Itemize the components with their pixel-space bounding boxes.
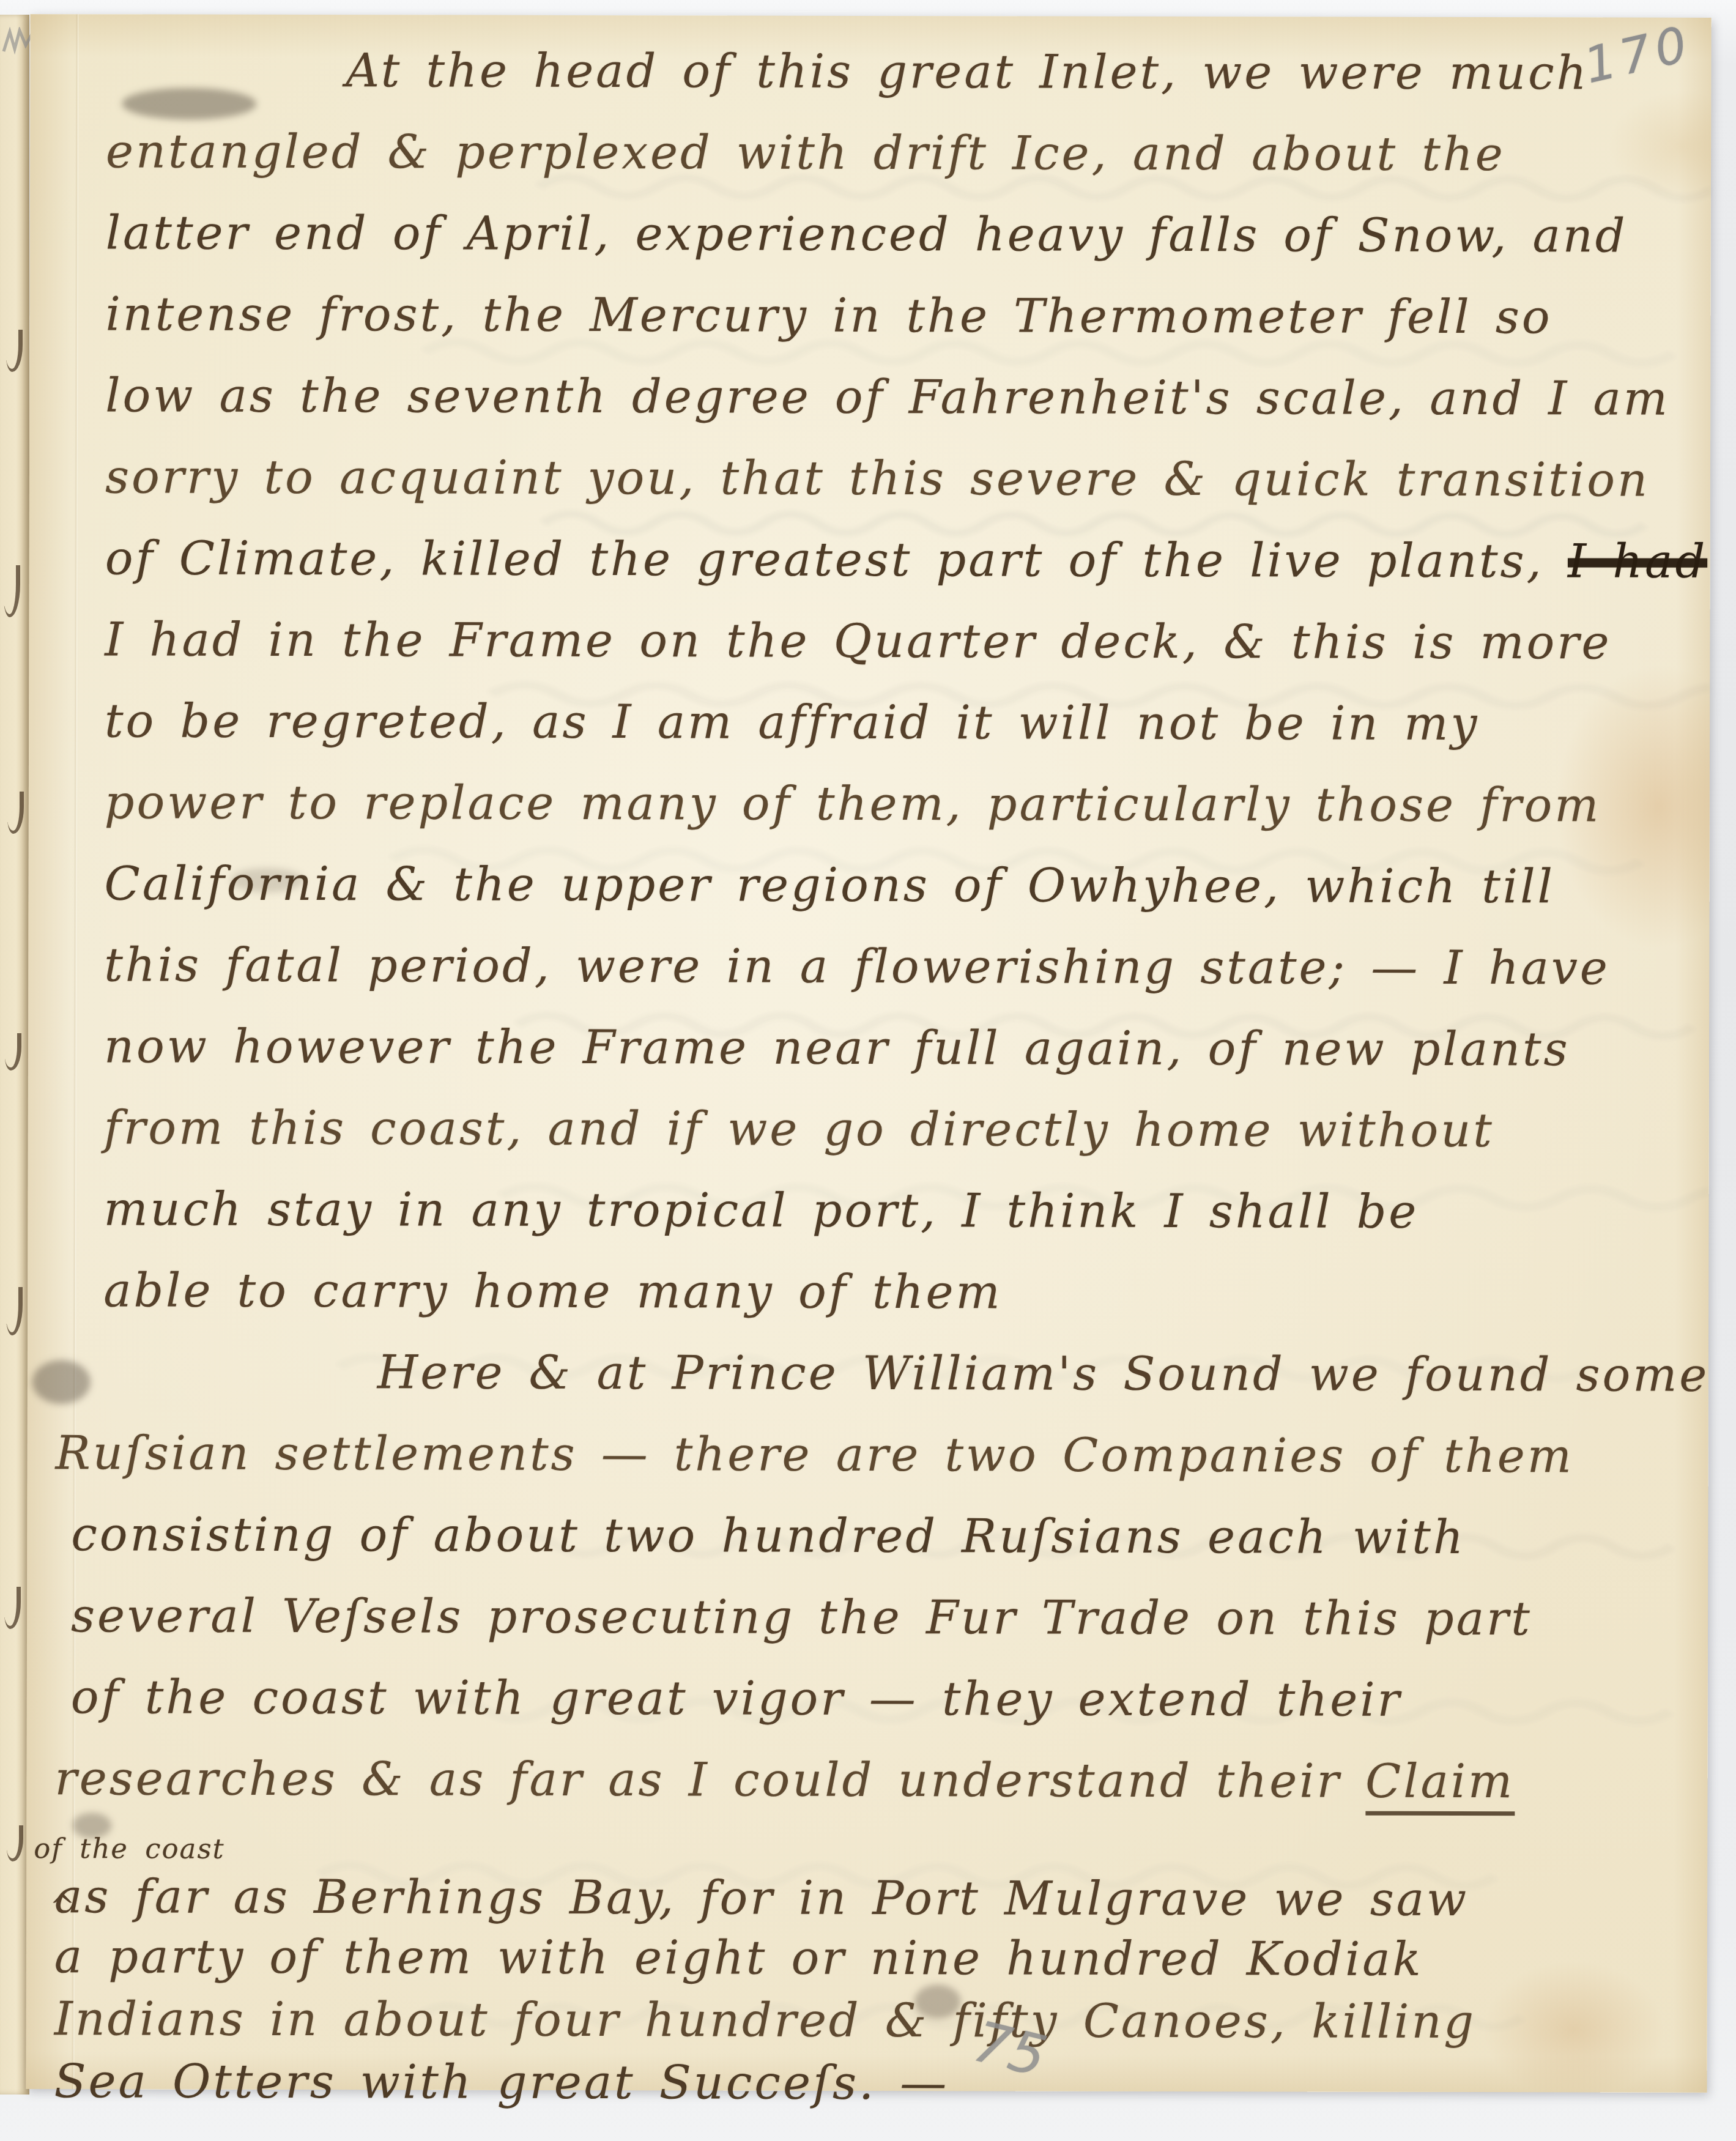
manuscript-line: power to replace many of them, particula… [105,774,1695,859]
manuscript-line: much stay in any tropical port, I think … [103,1181,1694,1266]
ink-smudge [32,1360,91,1404]
adjacent-page-ink-fragment [6,1287,23,1335]
adjacent-page-ink-fragment [7,792,24,834]
insertion-caret: ^ [50,1888,75,1924]
manuscript-line: entangled & perplexed with drift Ice, an… [106,124,1696,208]
manuscript-line: this fatal period, were in a flowerishin… [104,937,1694,1022]
manuscript-text: At the head of this great Inlet, we were… [102,42,1696,2119]
manuscript-line: latter end of April, experienced heavy f… [106,205,1696,289]
manuscript-line: able to carry home many of them [103,1263,1694,1347]
manuscript-line: Indians in about four hundred & fifty Ca… [54,1991,1693,2057]
manuscript-line: sorry to acquaint you, that this severe … [105,449,1696,533]
manuscript-line: of the coast with great vigor — they ext… [71,1669,1693,1754]
manuscript-line: Ruſsian settlements — there are two Comp… [55,1425,1693,1510]
underlined-word: Claim [1365,1754,1515,1816]
manuscript-line: At the head of this great Inlet, we were… [106,42,1696,127]
manuscript-line: consisting of about two hundred Ruſsians… [71,1507,1693,1592]
manuscript-line: intense frost, the Mercury in the Thermo… [105,286,1696,371]
manuscript-line: low as the seventh degree of Fahrenheit'… [105,368,1696,452]
manuscript-line: several Veſsels prosecuting the Fur Trad… [71,1588,1693,1673]
manuscript-line: from this coast, and if we go directly h… [104,1100,1694,1184]
manuscript-line: of Climate, killed the greatest part of … [105,530,1696,615]
adjacent-page-ink-fragment [6,330,23,372]
photograph-backdrop: { "colors": { "paper": "#f0e7cd", "ink":… [0,0,1736,2141]
struck-out-word: I had [1568,533,1707,588]
adjacent-page-ink-fragment [5,1033,21,1070]
pencil-scribble [1,27,34,56]
adjacent-page-ink-fragment [4,565,20,617]
line-text: researches & as far as I could understan… [54,1751,1365,1808]
manuscript-line: I had in the Frame on the Quarter deck, … [105,612,1695,696]
manuscript-line: California & the upper regions of Owhyhe… [104,856,1694,940]
manuscript-line: to be regreted, as I am affraid it will … [105,693,1695,777]
adjacent-page-ink-fragment [7,1825,23,1861]
manuscript-line: Sea Otters with great Succeſs. — [54,2054,1692,2120]
adjacent-page-edge [0,15,29,2095]
manuscript-line: now however the Frame near full again, o… [104,1019,1694,1103]
manuscript-line: researches & as far as I could understan… [54,1751,1693,1836]
manuscript-page: 170 At the head of this great Inlet, we … [26,14,1711,2093]
manuscript-line: Here & at Prince William's Sound we foun… [103,1344,1694,1428]
adjacent-page-ink-fragment [4,1587,21,1629]
manuscript-line: of the coast [34,1832,1693,1872]
manuscript-line: as far as Berhings Bay, for in Port Mulg… [54,1869,1693,1932]
line-text: of Climate, killed the greatest part of … [105,530,1568,588]
manuscript-line: a party of them with eight or nine hundr… [54,1929,1693,1995]
